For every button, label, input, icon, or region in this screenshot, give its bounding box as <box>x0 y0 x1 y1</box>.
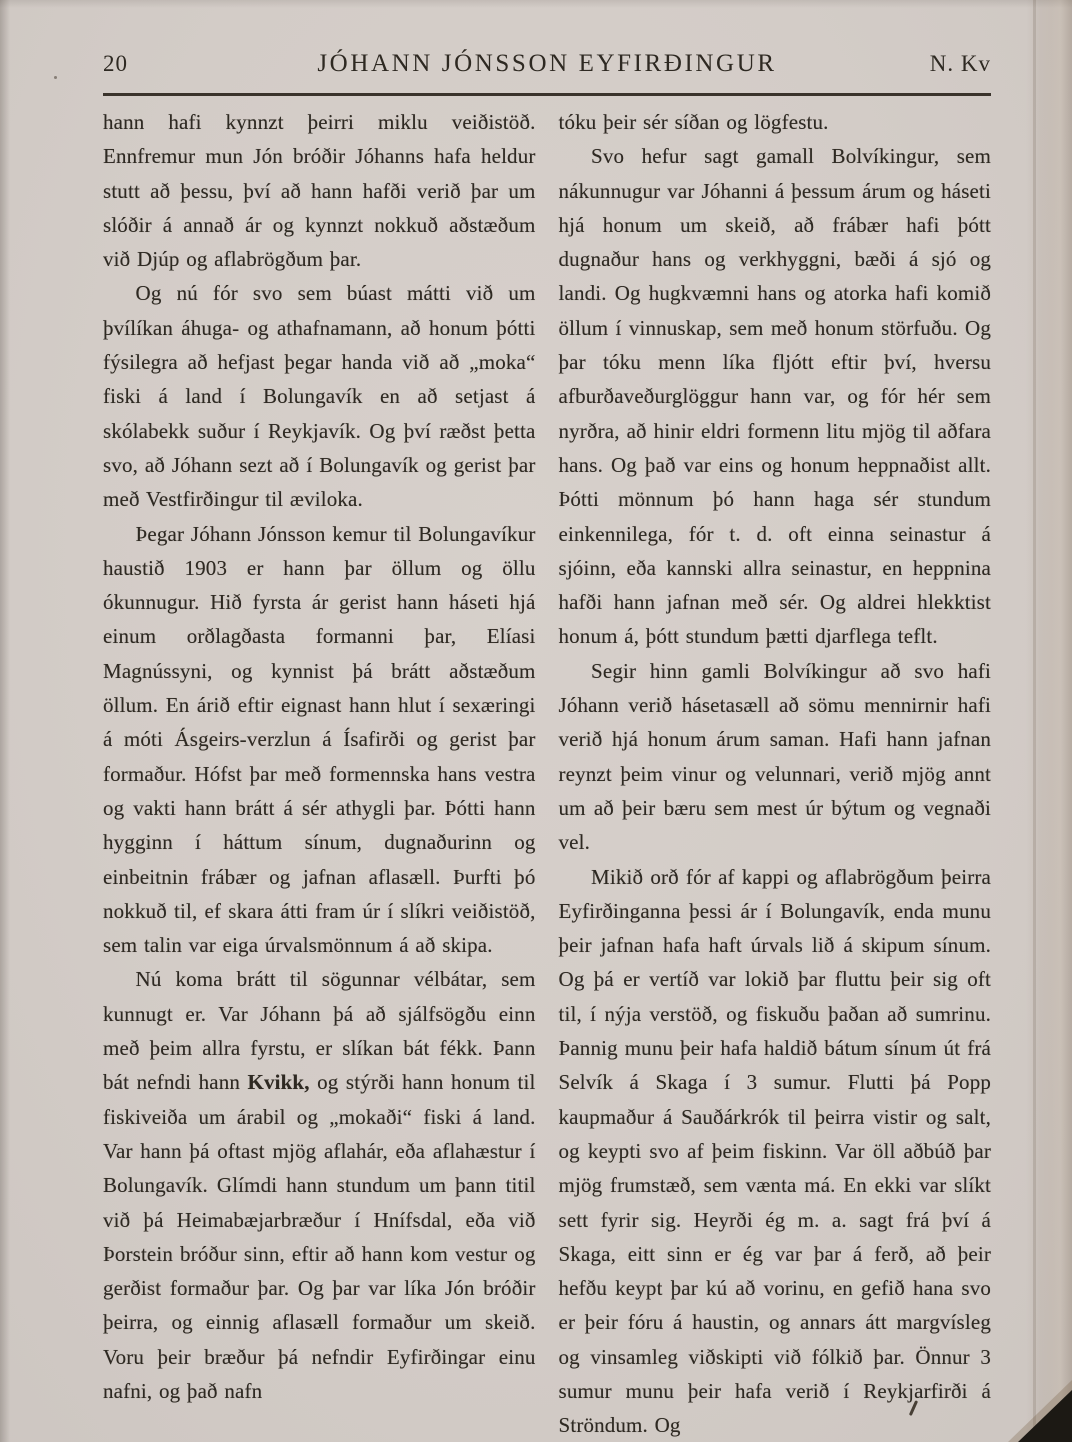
paragraph: Þegar Jóhann Jónsson kemur til Bolungaví… <box>103 517 536 963</box>
paragraph: Svo hefur sagt gamall Bolvíkingur, sem n… <box>559 139 992 653</box>
paragraph: Mikið orð fór af kappi og aflabrögðum þe… <box>559 860 992 1442</box>
paper-speck <box>54 76 57 79</box>
book-page: 20 JÓHANN JÓNSSON EYFIRÐINGUR N. Kv hann… <box>0 0 1072 1442</box>
page-number: 20 <box>103 51 173 77</box>
paragraph: Og nú fór svo sem búast mátti við um því… <box>103 276 536 516</box>
header-rule <box>103 93 991 96</box>
text-columns: hann hafi kynnzt þeirri miklu veiðistöð.… <box>103 105 991 1442</box>
left-column: hann hafi kynnzt þeirri miklu veiðistöð.… <box>103 105 536 1442</box>
paragraph: Nú koma brátt til sögunnar vélbátar, sem… <box>103 962 536 1408</box>
scan-top-edge-shadow <box>0 0 1072 8</box>
paragraph-continuation: tóku þeir sér síðan og lögfestu. <box>559 105 992 139</box>
header-right-marker: N. Kv <box>921 51 991 77</box>
boat-name-bold: Kvikk, <box>247 1070 309 1094</box>
page-content: 20 JÓHANN JÓNSSON EYFIRÐINGUR N. Kv hann… <box>103 50 991 1442</box>
scan-left-edge-shadow <box>0 0 10 1442</box>
right-column: tóku þeir sér síðan og lögfestu. Svo hef… <box>559 105 992 1442</box>
paragraph: Segir hinn gamli Bolvíkingur að svo hafi… <box>559 654 992 860</box>
page-crease-line <box>1033 0 1036 1442</box>
paragraph-continuation: hann hafi kynnzt þeirri miklu veiðistöð.… <box>103 105 536 276</box>
running-title: JÓHANN JÓNSSON EYFIRÐINGUR <box>173 50 921 78</box>
page-header: 20 JÓHANN JÓNSSON EYFIRÐINGUR N. Kv <box>103 50 991 84</box>
paragraph-text: og stýrði hann honum til fiskiveiða um á… <box>103 1070 536 1403</box>
